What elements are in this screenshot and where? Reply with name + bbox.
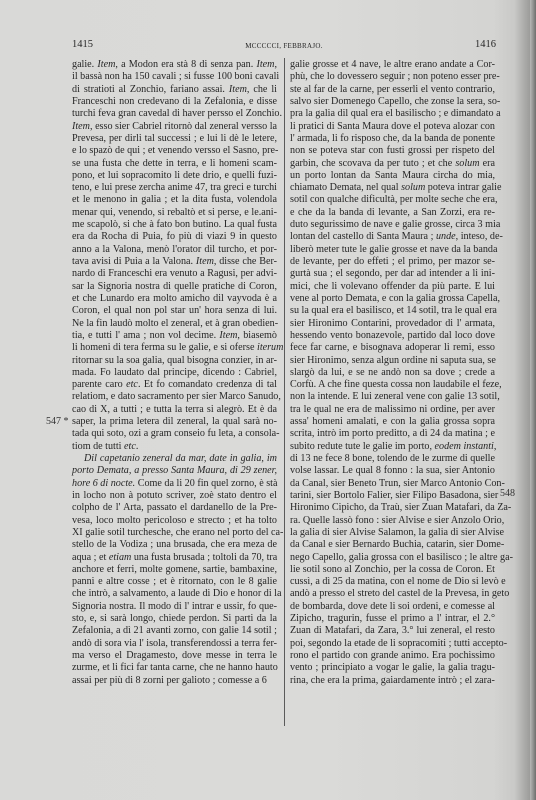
text-line: rono el partido con grande animo. Era po… xyxy=(290,650,495,662)
text-line: duto segurissimo de nave e galie grosse,… xyxy=(290,219,495,231)
text-line: cao di X, a tutti ; e tutta la terra si … xyxy=(72,404,277,416)
text-line: ra. Quelle lassò fono : sier Alvise e si… xyxy=(290,515,495,527)
text-line: nego Capello, galia grossa con el basili… xyxy=(290,552,495,564)
text-line: scrita, intrò im porto preditto, a dì 24… xyxy=(290,428,495,440)
text-line: de bombarda, dove dete li soi ordeni, e … xyxy=(290,601,495,613)
text-line: liberò meter tute le galie grosse et nav… xyxy=(290,244,495,256)
text-line: saper, la prima letera dil zeneral, la q… xyxy=(72,416,277,428)
text-line: vesa, loco molto pericoloso e strecto ; … xyxy=(72,515,277,527)
text-line: tra le qual ne era de malissimo ni ordin… xyxy=(290,404,495,416)
text-line: era da Rocha di Puia, fo più di viazi 9 … xyxy=(72,231,277,243)
text-line: et che Lunardo era molto amicho dil vayv… xyxy=(72,293,277,305)
text-line: di 13 ne fece 8 bone, tolendo de le zurm… xyxy=(290,453,495,465)
text-line: XI galie sotil turchesche, che erano nel… xyxy=(72,527,277,539)
text-line: e lo spazò de qui ; et venendo versso el… xyxy=(72,145,277,157)
text-line: lontan del castello di Santa Maura ; und… xyxy=(290,231,495,243)
text-line: poi, segondo la etade de li sopracomiti … xyxy=(290,638,495,650)
text-line: andò di sora via l' isola, transferendos… xyxy=(72,638,277,650)
text-line: Item, esso sier Cabriel ritornò dal zene… xyxy=(72,121,277,133)
text-line: subito redute tute le galie im porto, eo… xyxy=(290,441,495,453)
text-line: sto, e, si sarà longo, chiede perdon. Si… xyxy=(72,613,277,625)
column-divider-rule xyxy=(284,58,285,726)
text-line: ste al far de la carne, per esserli el v… xyxy=(290,84,495,96)
text-line: volse lassar. Le qual 8 fonno : la sua, … xyxy=(290,465,495,477)
text-line: li homeni di tera ferma su le galie, e s… xyxy=(72,342,277,354)
text-line: parente caro etc. Et fo comandato creden… xyxy=(72,379,277,391)
text-line: Zefalonia, a dì 21 avanti zorno, con gal… xyxy=(72,625,277,637)
text-line: un porto lontan da Santa Maura circha do… xyxy=(290,170,495,182)
text-line: nardo di Franceschi era venuto a Ragusi,… xyxy=(72,268,277,280)
text-line: non se poteva star con fusti grossi per … xyxy=(290,145,495,157)
text-line: mici, che li volevano offender da più pa… xyxy=(290,281,495,293)
text-line: ma verso el Dragamesto, dove messe in te… xyxy=(72,650,277,662)
text-line: fece far carne, e bisognava adoperar li … xyxy=(290,342,495,354)
text-line: colpho de l' Arta, passato el dardanello… xyxy=(72,502,277,514)
page-number-right: 1416 xyxy=(475,38,496,52)
text-line: chiamato Demata, nel qual solum poteva i… xyxy=(290,182,495,194)
right-text-column: galie grosse et 4 nave, le altre erano a… xyxy=(290,59,495,687)
text-line: sier Hironimo Contarini, provedador di l… xyxy=(290,318,495,330)
text-line: gurtà sua ; el segondo, per dar ad inten… xyxy=(290,268,495,280)
text-line: panni e altre cosse ; et è ritornato, co… xyxy=(72,576,277,588)
text-line: Hironimo Cipicho, da Traù, sier Zuan Mat… xyxy=(290,502,495,514)
text-line: andò a presso el streto del castel de la… xyxy=(290,588,495,600)
text-line: l' armada, li fo risposo che, da la band… xyxy=(290,133,495,145)
text-line: porto Demata, a presso Santa Maura, di 2… xyxy=(72,465,277,477)
text-line: de levante, per do effeti ; el primo, pe… xyxy=(290,256,495,268)
text-line: assai per più di 8 zorni per galioto ; c… xyxy=(72,675,277,687)
text-line: di stratioti al Zonchio, fariano assai. … xyxy=(72,84,277,96)
text-line: non la intende. E lui zeneral vene con g… xyxy=(290,391,495,403)
text-line: garbin, che scovava da per tuto ; et che… xyxy=(290,158,495,170)
text-line: vene al porto Demata, e con la galia gro… xyxy=(290,293,495,305)
text-line: slargò da lui, e se ne andò non sa dove … xyxy=(290,367,495,379)
text-line: tava avisi di Puia a la Valona. Item, di… xyxy=(72,256,277,268)
text-line: phù, che lo dovessero seguir ; non poten… xyxy=(290,71,495,83)
text-line: sier Hironimo, senza algun ordine ni sap… xyxy=(290,355,495,367)
text-line: che intrò, a salvamento, a laude di Dio … xyxy=(72,588,277,600)
text-line: anchore et ferri, molte gomene, sartie, … xyxy=(72,564,277,576)
page-edge-shadow xyxy=(530,0,536,800)
margin-note-left: 547 * xyxy=(46,416,69,428)
text-line: Zipicho, tragurin, fusse el primo a l' i… xyxy=(290,613,495,625)
text-line: lie sotil sono al Zonchio, per la cossa … xyxy=(290,564,495,576)
running-head: 1415 MCCCCCI, FEBBRAJO. 1416 xyxy=(72,38,496,52)
text-line: turchi feva gran cavedal di haver persso… xyxy=(72,108,277,120)
text-line: tia, e tutti l' ama ; non vol decime. It… xyxy=(72,330,277,342)
text-line: aqua ; et etiam una fusta brusada ; tolt… xyxy=(72,552,277,564)
text-line: cussì, a dì 25 da matina, con el nome de… xyxy=(290,576,495,588)
text-line: Coron, el qual non pol star un' hora sen… xyxy=(72,305,277,317)
text-line: teno, e lui prese zercha anime 47, tra g… xyxy=(72,182,277,194)
text-line: ritornar su la soa galia, qual bisogna c… xyxy=(72,355,277,367)
text-line: il bassà non ha 150 cavali ; si fusse 10… xyxy=(72,71,277,83)
text-line: da Canal, sier Beneto Trun, sier Marco A… xyxy=(290,478,495,490)
text-line: pono, et lui sopracomito li dete drio, e… xyxy=(72,170,277,182)
text-line: mada. Fo laudato dal principe, dicendo :… xyxy=(72,367,277,379)
text-line: vento ; principiato a vogar le galie, la… xyxy=(290,662,495,674)
text-line: zurme, et li fici far tanta carne, che n… xyxy=(72,662,277,674)
margin-note-right: 548 xyxy=(500,488,515,500)
text-line: menar qui, venendo, si rebaltò et si per… xyxy=(72,207,277,219)
text-line: tiom de tutti etc. xyxy=(72,441,277,453)
text-line: Signoria nostra. Il modo di l' intrar e … xyxy=(72,601,277,613)
text-line: sotil con qualche dificultà, per molte s… xyxy=(290,194,495,206)
text-line: la galia di sier Alvise Salamon, la gali… xyxy=(290,527,495,539)
text-line: rina, che era la prima, gaiardamente int… xyxy=(290,675,495,687)
text-line: in locho non à potuto scriver, zoè stato… xyxy=(72,490,277,502)
text-line: sar la Signoria nostra di quelle pratich… xyxy=(72,281,277,293)
text-line: galie grosse et 4 nave, le altre erano a… xyxy=(290,59,495,71)
text-line: stello de la Vodiza ; una brusada, che e… xyxy=(72,539,277,551)
book-page: 1415 MCCCCCI, FEBBRAJO. 1416 galie. Item… xyxy=(0,0,536,800)
text-line: Corfù. A che fine questa cossa non lauda… xyxy=(290,379,495,391)
text-line: pra la galia dil qual era el basilischo … xyxy=(290,108,495,120)
text-line: Ne la fin laudò molto el zeneral, et à g… xyxy=(72,318,277,330)
text-line: relatiom, e dato sacramento per sier Mar… xyxy=(72,391,277,403)
text-line: galie. Item, a Modon era stà 8 di senza … xyxy=(72,59,277,71)
text-line: hessendo vento bonazevole, partido dal l… xyxy=(290,330,495,342)
text-line: tada qui soto, ozi a gram conseio fu let… xyxy=(72,428,277,440)
text-line: se una fusta che dette in terra, e li ho… xyxy=(72,158,277,170)
text-line: e che da la banda di levante, a San Zorz… xyxy=(290,207,495,219)
text-line: li pratici di Santa Maura dove el poteva… xyxy=(290,121,495,133)
text-line: salvo sier Domenego Capello, che zonse l… xyxy=(290,96,495,108)
text-line: Franceschi non credevano di la Zefalonia… xyxy=(72,96,277,108)
text-line: et le menono in galia ; et la dita fusta… xyxy=(72,194,277,206)
text-line: da Canal e sier Bernardo Buchia, catarin… xyxy=(290,539,495,551)
text-line: assa' homeni amalati, e con la galia gro… xyxy=(290,416,495,428)
text-line: Prevesa, per dirli tal successi ; e lui … xyxy=(72,133,277,145)
running-title: MCCCCCI, FEBBRAJO. xyxy=(72,39,496,53)
text-line: Dil capetanio zeneral da mar, date in ga… xyxy=(72,453,277,465)
text-line: Zuan di Matafari, da Zara, 3.° lui zener… xyxy=(290,625,495,637)
text-line: su la qual era el basilisco, et 14 sotil… xyxy=(290,305,495,317)
text-line: me scapolò, si che à fato bon butino. La… xyxy=(72,219,277,231)
text-line: hore 6 di nocte. Come da li 20 fin quel … xyxy=(72,478,277,490)
text-line: tarini, sier Bortolo Falier, sier Filipo… xyxy=(290,490,495,502)
text-line: anno a la Valona, menò l'orator dil turc… xyxy=(72,244,277,256)
left-text-column: galie. Item, a Modon era stà 8 di senza … xyxy=(72,59,277,687)
